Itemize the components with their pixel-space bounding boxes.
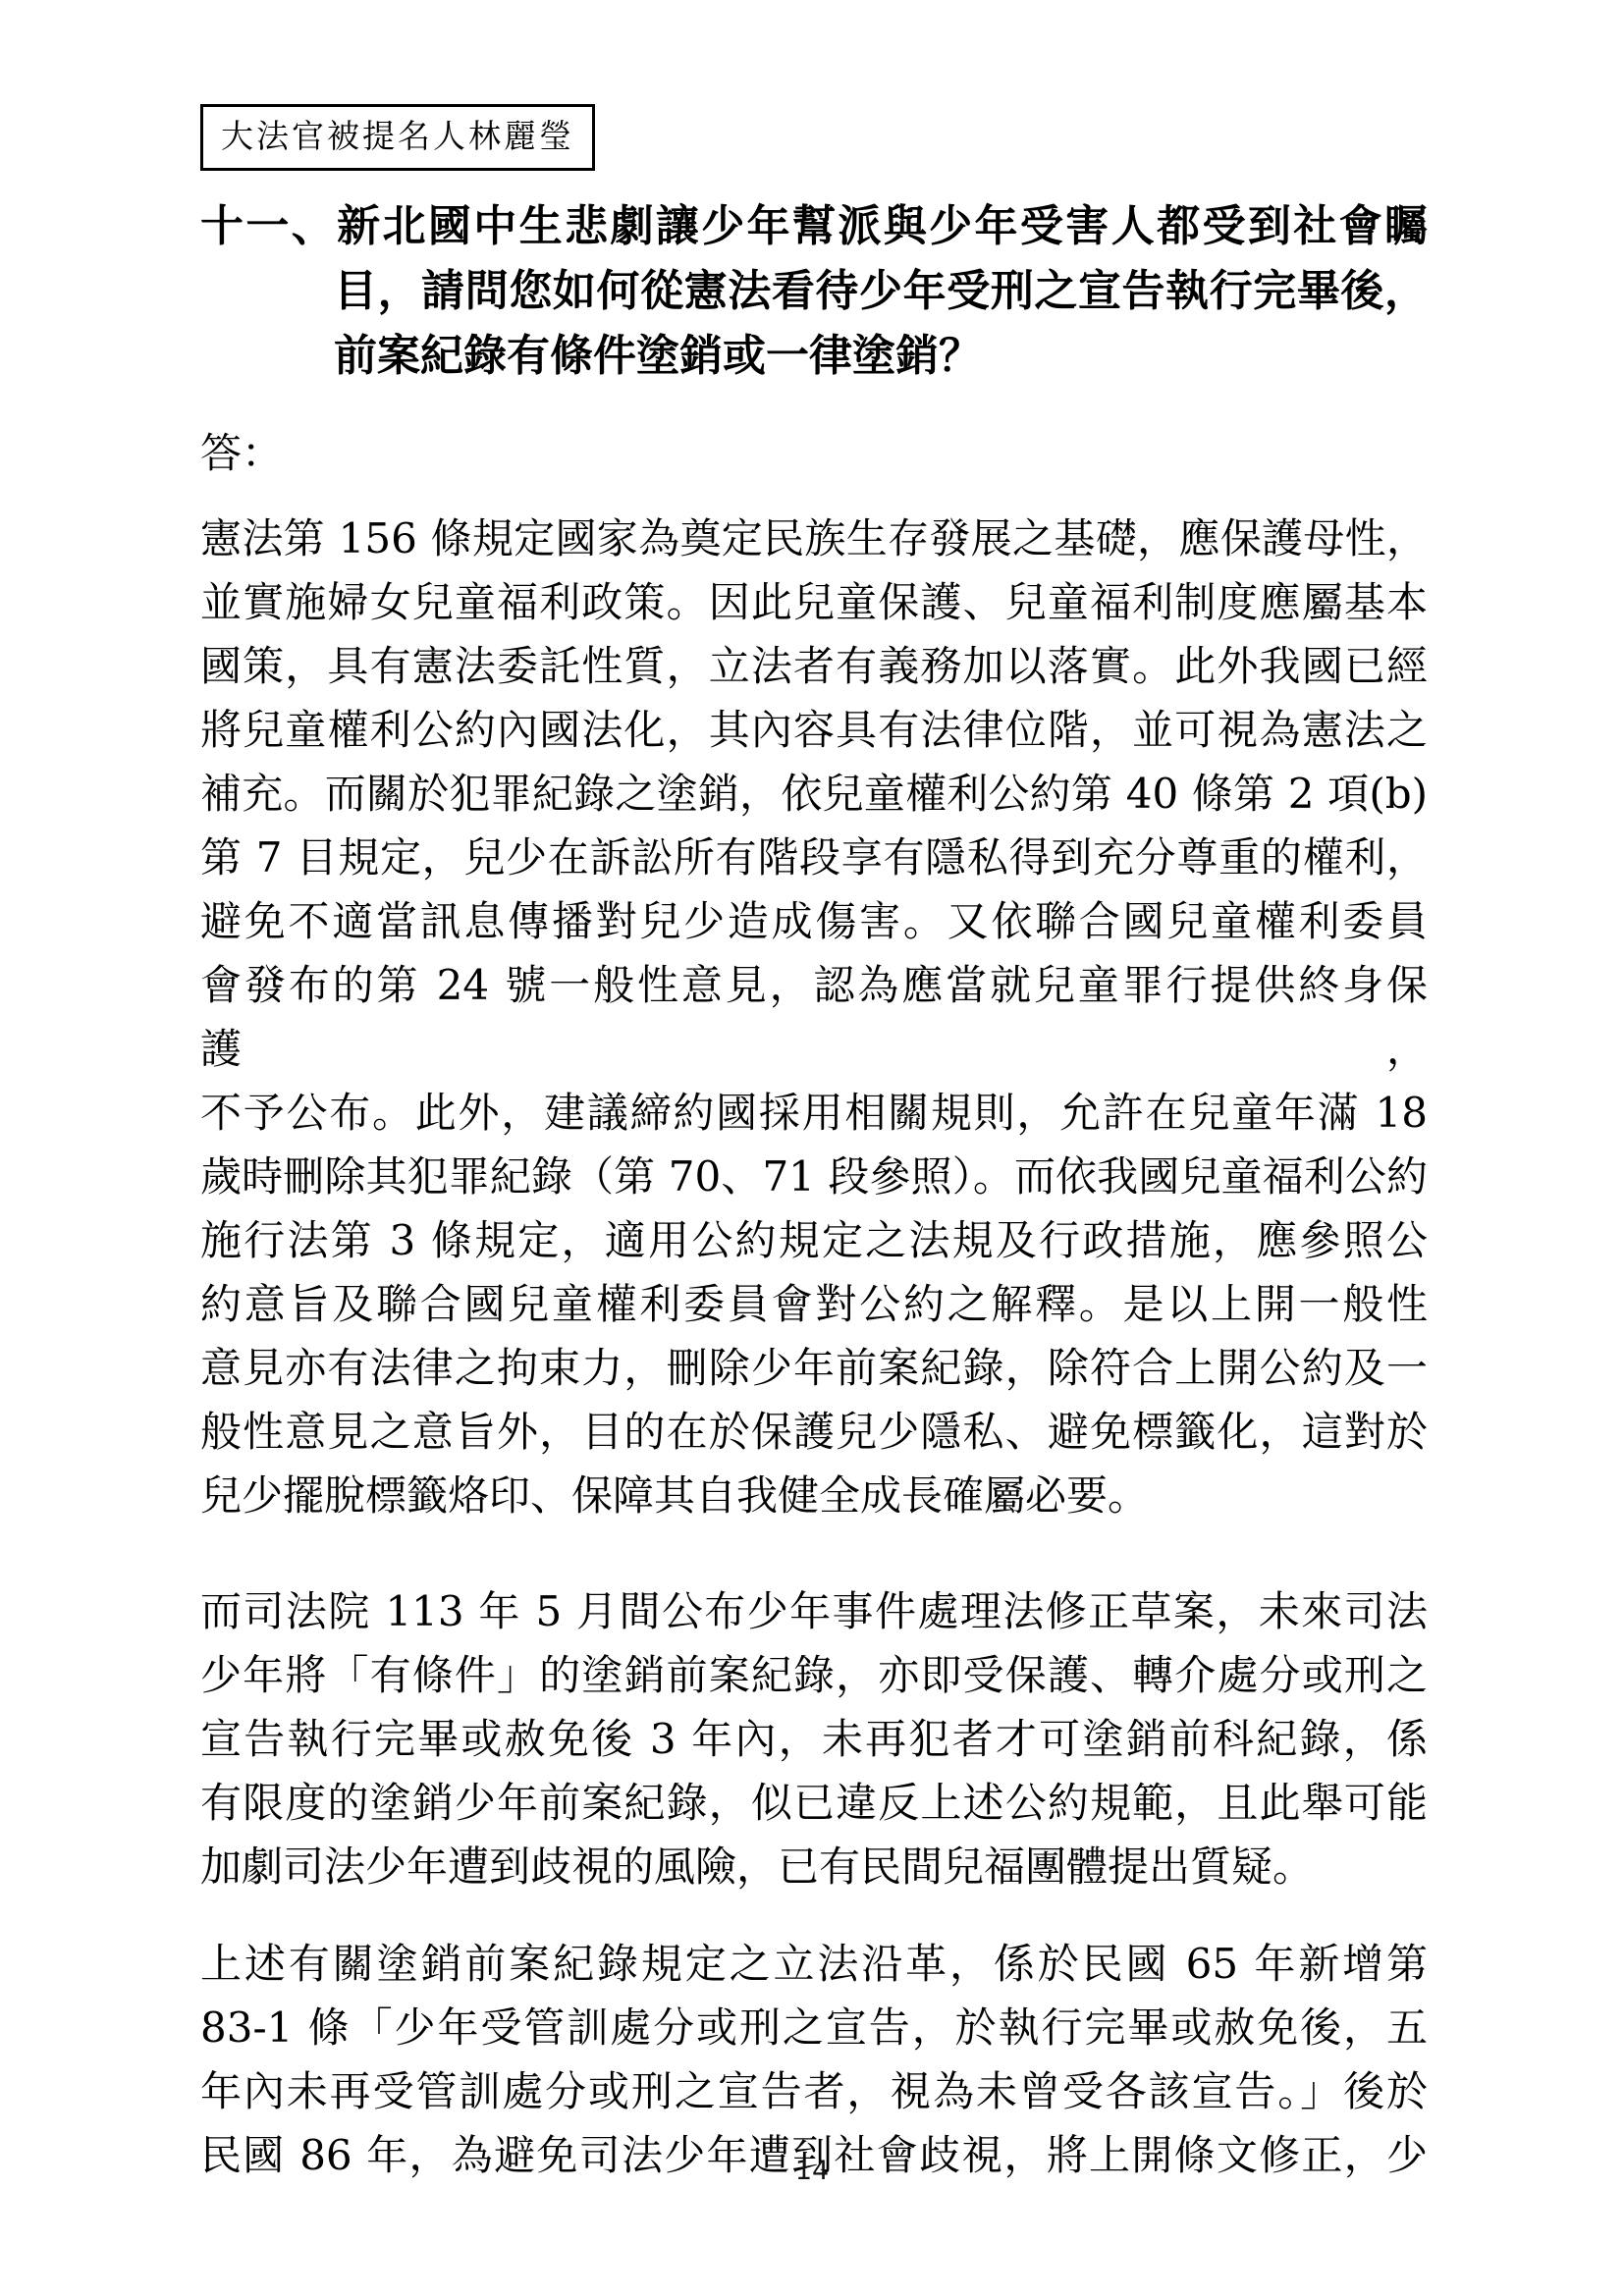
nominee-header-box: 大法官被提名人林麗瑩 <box>200 104 595 171</box>
text-line: 補充。而關於犯罪紀錄之塗銷，依兒童權利公約第 40 條第 2 項(b) <box>200 762 1428 826</box>
answer-paragraph-1: 憲法第 156 條規定國家為奠定民族生存發展之基礎，應保護母性，並實施婦女兒童福… <box>200 507 1428 1527</box>
text-line: 憲法第 156 條規定國家為奠定民族生存發展之基礎，應保護母性， <box>200 507 1428 570</box>
text-line: 年內未再受管訓處分或刑之宣告者，視為未曾受各該宣告。」後於 <box>200 2059 1428 2123</box>
answer-label: 答： <box>200 422 1428 485</box>
text-line: 施行法第 3 條規定，適用公約規定之法規及行政措施，應參照公 <box>200 1208 1428 1272</box>
text-line: 約意旨及聯合國兒童權利委員會對公約之解釋。是以上開一般性 <box>200 1272 1428 1336</box>
page-number: 14 <box>795 2156 829 2186</box>
text-line: 少年將「有條件」的塗銷前案紀錄，亦即受保護、轉介處分或刑之 <box>200 1643 1428 1707</box>
text-line: 般性意見之意旨外，目的在於保護兒少隱私、避免標籤化，這對於 <box>200 1400 1428 1464</box>
text-line: 不予公布。此外，建議締約國採用相關規則，允許在兒童年滿 18 <box>200 1081 1428 1145</box>
document-page: 大法官被提名人林麗瑩 十一、新北國中生悲劇讓少年幫派與少年受害人都受到社會矚 目… <box>0 0 1624 2296</box>
text-line: 加劇司法少年遭到歧視的風險，已有民間兒福團體提出質疑。 <box>200 1835 1428 1898</box>
question-line-2: 目，請問您如何從憲法看待少年受刑之宣告執行完畢後， <box>334 259 1428 324</box>
question-number: 十一、 <box>200 201 337 251</box>
text-line: 將兒童權利公約內國法化，其內容具有法律位階，並可視為憲法之 <box>200 698 1428 762</box>
text-line: 兒少擺脫標籤烙印、保障其自我健全成長確屬必要。 <box>200 1464 1428 1527</box>
text-line: 避免不適當訊息傳播對兒少造成傷害。又依聯合國兒童權利委員 <box>200 889 1428 953</box>
question-line-text: 新北國中生悲劇讓少年幫派與少年受害人都受到社會矚 <box>337 201 1428 251</box>
answer-paragraph-3: 上述有關塗銷前案紀錄規定之立法沿革，係於民國 65 年新增第83-1 條「少年受… <box>200 1932 1428 2187</box>
text-line: 國策，具有憲法委託性質，立法者有義務加以落實。此外我國已經 <box>200 634 1428 698</box>
text-line: 歲時刪除其犯罪紀錄（第 70、71 段參照）。而依我國兒童福利公約 <box>200 1145 1428 1208</box>
question-section: 十一、新北國中生悲劇讓少年幫派與少年受害人都受到社會矚 目，請問您如何從憲法看待… <box>200 194 1428 389</box>
page-footer: 14 <box>0 2156 1624 2186</box>
text-line: 上述有關塗銷前案紀錄規定之立法沿革，係於民國 65 年新增第 <box>200 1932 1428 1996</box>
question-line-1: 十一、新北國中生悲劇讓少年幫派與少年受害人都受到社會矚 <box>200 194 1428 259</box>
question-line-3: 前案紀錄有條件塗銷或一律塗銷？ <box>334 324 1428 389</box>
text-line: 宣告執行完畢或赦免後 3 年內，未再犯者才可塗銷前科紀錄，係 <box>200 1707 1428 1771</box>
text-line: 並實施婦女兒童福利政策。因此兒童保護、兒童福利制度應屬基本 <box>200 570 1428 634</box>
text-line: 會發布的第 24 號一般性意見，認為應當就兒童罪行提供終身保護， <box>200 953 1428 1081</box>
text-line: 而司法院 113 年 5 月間公布少年事件處理法修正草案，未來司法 <box>200 1579 1428 1643</box>
text-line: 有限度的塗銷少年前案紀錄，似已違反上述公約規範，且此舉可能 <box>200 1771 1428 1835</box>
text-line: 第 7 目規定，兒少在訴訟所有階段享有隱私得到充分尊重的權利， <box>200 826 1428 889</box>
nominee-name-label: 大法官被提名人林麗瑩 <box>221 117 574 155</box>
answer-paragraph-2: 而司法院 113 年 5 月間公布少年事件處理法修正草案，未來司法少年將「有條件… <box>200 1579 1428 1898</box>
text-line: 83-1 條「少年受管訓處分或刑之宣告，於執行完畢或赦免後，五 <box>200 1996 1428 2059</box>
text-line: 意見亦有法律之拘束力，刪除少年前案紀錄，除符合上開公約及一 <box>200 1336 1428 1400</box>
